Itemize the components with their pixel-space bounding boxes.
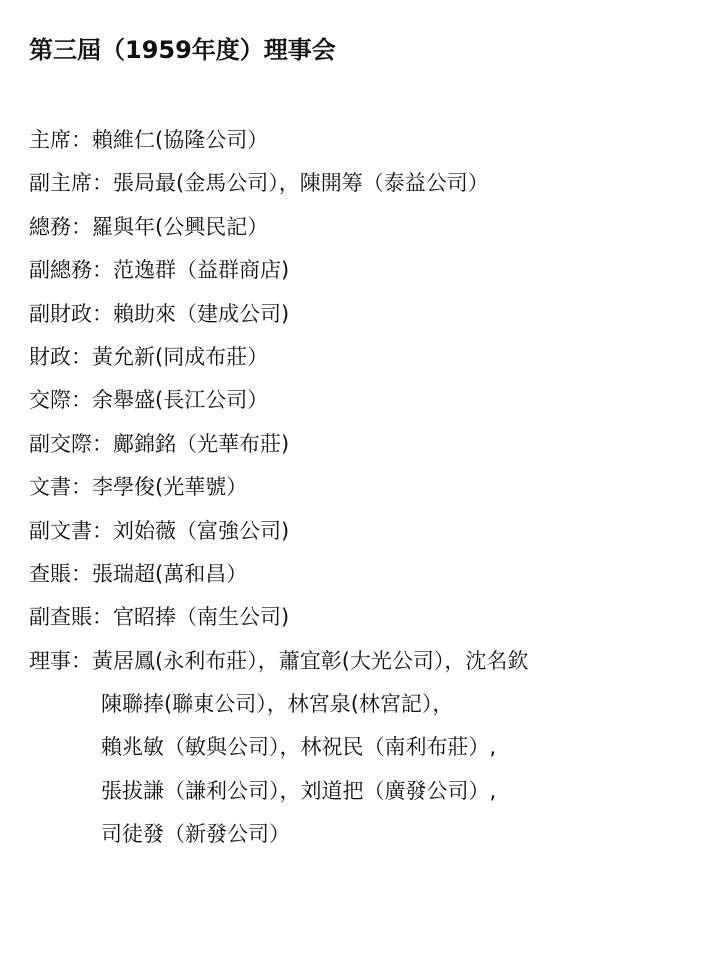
roster-line-vice-general-affairs: 副總務：范逸群（益群商店): [29, 249, 528, 292]
roster-line-directors-cont-4: 司徒發（新發公司）: [29, 813, 528, 856]
roster-line-vice-secretary: 副文書：刘始薇（富強公司): [29, 510, 528, 553]
roster-line-directors-cont-2: 賴兆敏（敏與公司），林祝民（南利布莊）,: [29, 726, 528, 769]
roster-line-general-affairs: 總務：羅與年(公興民記）: [29, 206, 528, 249]
roster-line-directors-cont-3: 張拔謙（謙利公司），刘道把（廣發公司）,: [29, 770, 528, 813]
roster-line-secretary: 文書：李學俊(光華號）: [29, 466, 528, 509]
roster-line-public-relations: 交際：余舉盛(長江公司）: [29, 379, 528, 422]
roster-line-directors-cont-1: 陳聯捧(聯東公司），林宮泉(林宮記），: [29, 683, 528, 726]
document-title: 第三屆（1959年度）理事会: [29, 32, 336, 68]
roster-line-vice-chairman: 副主席：張局最(金馬公司），陳開筹（泰益公司）: [29, 162, 528, 205]
roster-line-directors: 理事：黃居鳳(永利布莊），蕭宜彰(大光公司），沈名欽: [29, 640, 528, 683]
roster-line-vice-auditor: 副查賬：官昭捧（南生公司): [29, 596, 528, 639]
roster-line-chairman: 主席：賴維仁(協隆公司）: [29, 119, 528, 162]
roster-line-treasurer: 財政：黃允新(同成布莊）: [29, 336, 528, 379]
committee-roster: 主席：賴維仁(協隆公司） 副主席：張局最(金馬公司），陳開筹（泰益公司） 總務：…: [29, 119, 528, 857]
roster-line-auditor: 查賬：張瑞超(萬和昌）: [29, 553, 528, 596]
roster-line-vice-treasurer: 副財政：賴助來（建成公司): [29, 293, 528, 336]
roster-line-vice-public-relations: 副交際：鄺錦銘（光華布莊): [29, 423, 528, 466]
